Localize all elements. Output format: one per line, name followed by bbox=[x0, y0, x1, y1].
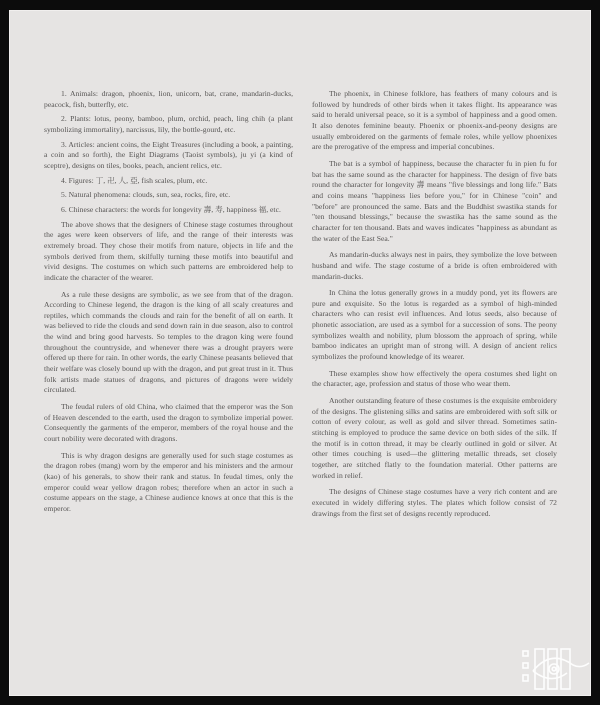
list-item: 5. Natural phenomena: clouds, sun, sea, … bbox=[44, 190, 293, 201]
paragraph: In China the lotus generally grows in a … bbox=[312, 288, 557, 363]
paragraph: The bat is a symbol of happiness, becaus… bbox=[312, 159, 557, 244]
paragraph: As a rule these designs are symbolic, as… bbox=[44, 290, 293, 397]
list-item: 4. Figures: 丁, 卍, 人, 亞, fish scales, plu… bbox=[44, 176, 293, 187]
paragraph: The designs of Chinese stage costumes ha… bbox=[312, 487, 557, 519]
paragraph: These examples show how effectively the … bbox=[312, 369, 557, 390]
document-page: 1. Animals: dragon, phoenix, lion, unico… bbox=[9, 10, 591, 696]
list-item: 3. Articles: ancient coins, the Eight Tr… bbox=[44, 140, 293, 172]
paragraph: This is why dragon designs are generally… bbox=[44, 451, 293, 515]
paragraph: Another outstanding feature of these cos… bbox=[312, 396, 557, 481]
left-text-column: 1. Animals: dragon, phoenix, lion, unico… bbox=[44, 89, 293, 521]
list-item: 1. Animals: dragon, phoenix, lion, unico… bbox=[44, 89, 293, 110]
paragraph: The feudal rulers of old China, who clai… bbox=[44, 402, 293, 445]
eye-cloud-logo-icon bbox=[521, 643, 591, 695]
paragraph: The phoenix, in Chinese folklore, has fe… bbox=[312, 89, 557, 153]
paragraph: The above shows that the designers of Ch… bbox=[44, 220, 293, 284]
right-text-column: The phoenix, in Chinese folklore, has fe… bbox=[312, 89, 557, 525]
list-item: 6. Chinese characters: the words for lon… bbox=[44, 205, 293, 216]
paragraph: As mandarin-ducks always nest in pairs, … bbox=[312, 250, 557, 282]
list-item: 2. Plants: lotus, peony, bamboo, plum, o… bbox=[44, 114, 293, 135]
